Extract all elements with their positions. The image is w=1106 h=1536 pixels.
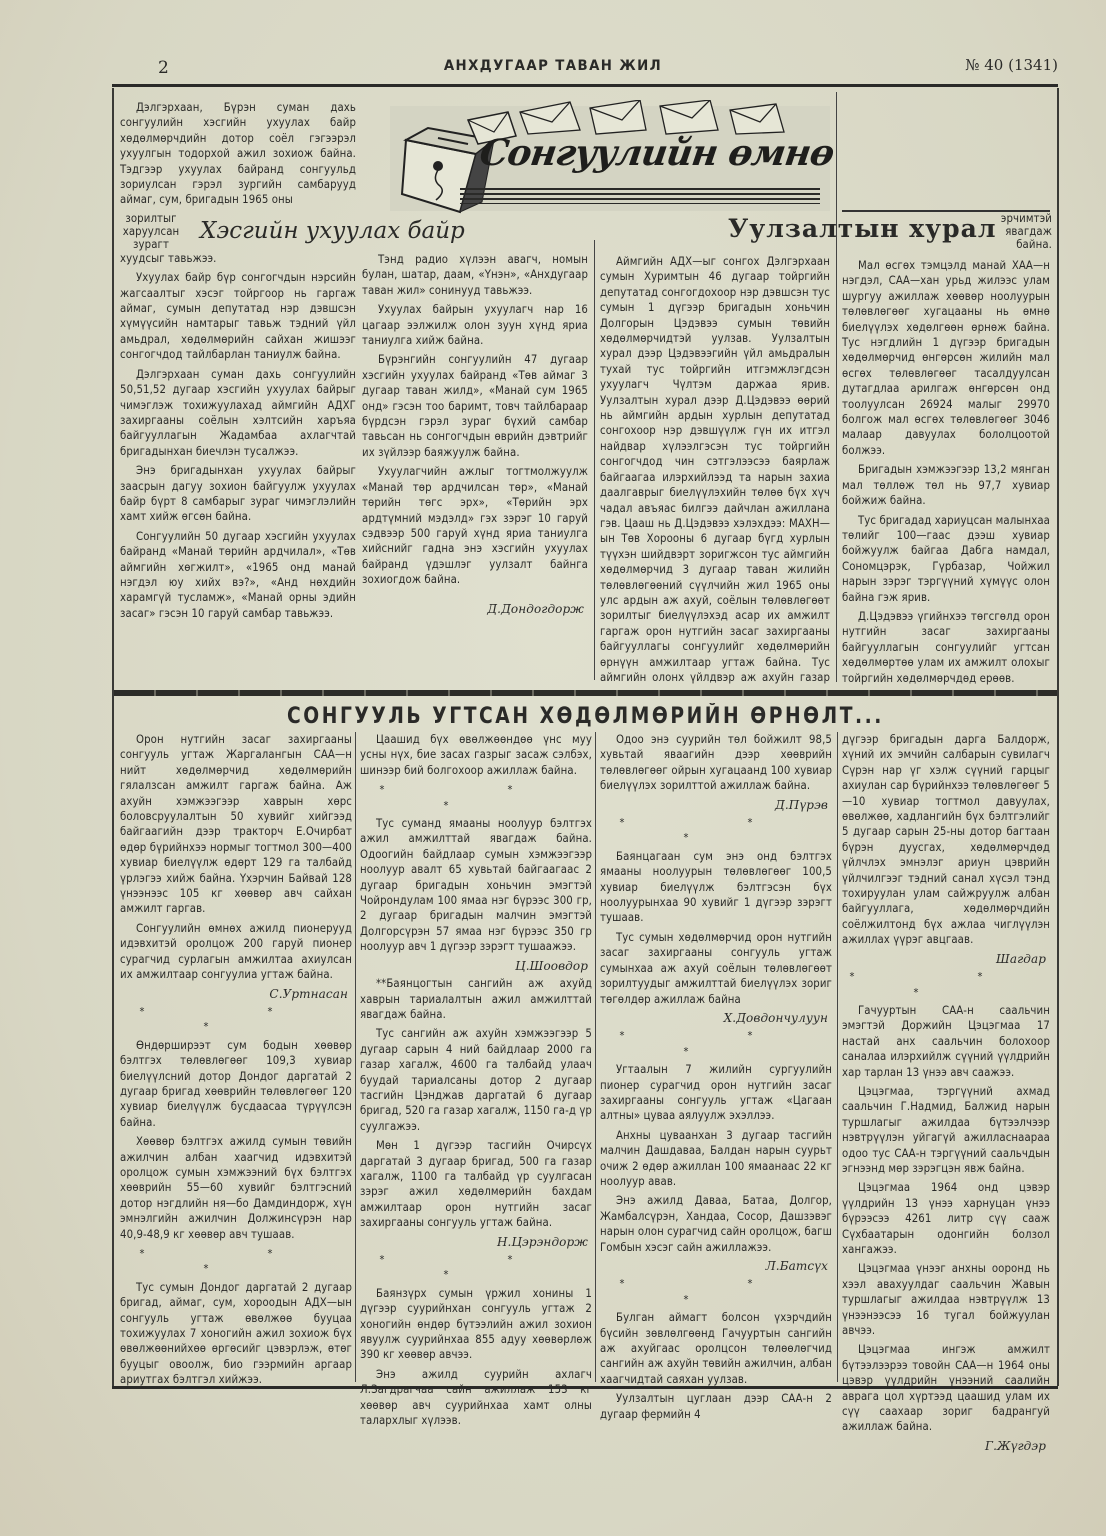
feature-paragraph: Өндөрширээт сум бодын хөөвөр бэлтгэх төл… — [120, 1038, 352, 1130]
byline: Х.Довдончулуун — [600, 1011, 828, 1026]
article-2-paragraph: Тус бригадад хариуцсан малынхаа төлийг 1… — [842, 513, 1050, 605]
asterism-separator: * * * — [600, 1276, 832, 1307]
article-1-paragraph: Ухуулах байрын ухуулагч нар 16 цагаар ээ… — [362, 302, 588, 348]
column-divider — [594, 240, 595, 680]
feature-paragraph: Одоо энэ суурийн төл бойжилт 98,5 хувьта… — [600, 732, 832, 794]
asterism-separator: * * * — [120, 1004, 352, 1035]
banner-title: Сонгуулийн өмнө — [477, 132, 836, 174]
article-2-column-1: Аймгийн АДХ—ыг сонгох Дэлгэрхаан сумын Х… — [600, 254, 830, 684]
article-1-paragraph: Тэнд радио хүлээн авагч, номын булан, ша… — [362, 252, 588, 298]
feature-column-4: дүгээр бригадын дарга Балдорж, хүний их … — [842, 732, 1050, 1456]
asterism-separator: * * * — [600, 815, 832, 846]
article-2-title: Уулзалтын хурал — [728, 214, 996, 243]
article-1-author: Д.Дондогдорж — [362, 602, 584, 617]
column-divider — [355, 732, 356, 1382]
asterism-separator: * * * — [360, 1252, 592, 1283]
byline: Н.Цэрэндорж — [360, 1235, 588, 1250]
article-1-paragraph: Сонгуулийн 50 дугаар хэсгийн ухуулах бай… — [120, 529, 356, 621]
feature-paragraph: Тус сумын хөдөлмөрчид орон нутгийн засаг… — [600, 930, 832, 1007]
feature-paragraph: Тус сангийн аж ахуйн хэмжээгээр 5 дугаар… — [360, 1026, 592, 1134]
article-1-paragraph: Ухуулах байр бүр сонгогчдын нэрсийн жагс… — [120, 270, 356, 362]
frame-left — [112, 88, 114, 1386]
feature-column-2: Цаашид бүх өвөлжөөндөө үнс муу усны нүх,… — [360, 732, 592, 1432]
feature-paragraph: Гачууртын САА-н саальчин эмэгтэй Доржийн… — [842, 1003, 1050, 1080]
column-divider — [836, 92, 837, 682]
article-2-paragraph: Мал өсгөх тэмцэлд манай ХАА—н нэгдэл, СА… — [842, 258, 1050, 458]
envelopes-decoration-icon — [510, 100, 830, 136]
byline: С.Уртнасан — [120, 987, 348, 1002]
feature-paragraph: Тус суманд ямааны ноолуур бэлтгэх ажил а… — [360, 816, 592, 955]
article-1-paragraph: Бүрэнгийн сонгуулийн 47 дугаар хэсгийн у… — [362, 352, 588, 460]
top-rule — [112, 84, 1058, 87]
column-divider — [837, 732, 838, 1382]
feature-paragraph: Угтаалын 7 жилийн сургуулийн пионер сура… — [600, 1062, 832, 1124]
masthead: 2 АНХДУГААР ТАВАН ЖИЛ № 40 (1341) — [0, 54, 1106, 84]
newspaper-name: АНХДУГААР ТАВАН ЖИЛ — [28, 58, 1079, 74]
feature-paragraph: Цэцэгмаа үнээг анхны ооронд нь хээл авах… — [842, 1261, 1050, 1338]
byline: Шагдар — [842, 952, 1046, 967]
article-2-column-2: Мал өсгөх тэмцэлд манай ХАА—н нэгдэл, СА… — [842, 258, 1050, 690]
feature-column-3: Одоо энэ суурийн төл бойжилт 98,5 хувьта… — [600, 732, 832, 1426]
feature-paragraph: Орон нутгийн засаг захиргааны сонгууль у… — [120, 732, 352, 917]
feature-paragraph: Баянцагаан сум энэ онд бэлтгэх ямааны но… — [600, 849, 832, 926]
byline: Л.Батсүх — [600, 1259, 828, 1274]
feature-paragraph: **Баянцогтын сангийн аж ахуйд хаврын тар… — [360, 976, 592, 1022]
feature-paragraph: Сонгуулийн өмнөх ажилд пионерууд идэвхит… — [120, 921, 352, 983]
feature-paragraph: Энэ ажилд суурийн ахлагч Л.Загдрагчаа са… — [360, 1367, 592, 1429]
byline: Ц.Шоовдор — [360, 959, 588, 974]
feature-paragraph: Хөөвөр бэлтгэх ажилд сумын төвийн ажилчи… — [120, 1134, 352, 1242]
article-1-intro: Дэлгэрхаан, Бүрэн суман дахь сонгуулийн … — [120, 100, 356, 208]
article-1-paragraph: Ухуулагчийн ажлыг тогтмолжуулж «Манай тө… — [362, 464, 588, 587]
feature-column-1: Орон нутгийн засаг захиргааны сонгууль у… — [120, 732, 352, 1392]
feature-paragraph: Уулзалтын цуглаан дээр САА-н 2 дугаар фе… — [600, 1391, 832, 1422]
article-1-title: Хэсгийн ухуулах байр — [200, 218, 465, 244]
byline: Г.Жүгдэр — [842, 1439, 1046, 1454]
frame-right — [1057, 88, 1059, 1386]
issue-number: № 40 (1341) — [965, 56, 1058, 74]
election-banner: Сонгуулийн өмнө — [380, 96, 840, 218]
article-2-column-2-top: Аймгийн АДХ—ыг сонгох Дэлгэрхаан сумын Х… — [842, 92, 1050, 208]
feature-paragraph: Мөн 1 дүгээр тасгийн Очирсүх даргатай 3 … — [360, 1138, 592, 1230]
feature-paragraph: Цэцэгмаа, тэргүүний ахмад саальчин Г.Над… — [842, 1084, 1050, 1176]
asterism-separator: * * * — [120, 1246, 352, 1277]
article-1-column-1: Дэлгэрхаан, Бүрэн суман дахь сонгуулийн … — [120, 100, 356, 625]
feature-paragraph: дүгээр бригадын дарга Балдорж, хүний их … — [842, 732, 1050, 948]
asterism-separator: * * * — [842, 969, 1050, 1000]
feature-paragraph: Цэцэгмаа 1964 онд цэвэр үүлдрийн 13 үнээ… — [842, 1180, 1050, 1257]
article-1-paragraph: Энэ бригадынхан ухуулах байрыг заасрын д… — [120, 463, 356, 525]
feature-paragraph: Энэ ажилд Даваа, Батаа, Долгор, Жамбалсү… — [600, 1193, 832, 1255]
article-1-p1-end: хуудсыг тавьжээ. — [120, 251, 356, 266]
article-1-column-2: Тэнд радио хүлээн авагч, номын булан, ша… — [362, 252, 588, 619]
feature-paragraph: Цаашид бүх өвөлжөөндөө үнс муу усны нүх,… — [360, 732, 592, 778]
article-1-wrap-text: зорилтыг харуулсан зурагт — [120, 212, 182, 251]
asterism-separator: * * * — [360, 782, 592, 813]
feature-paragraph: Анхны цуваанхан 3 дугаар тасгийн малчин … — [600, 1128, 832, 1190]
column-divider — [595, 732, 596, 1382]
article-2-wrap-text: эрчимтэй явагдаж байна. — [990, 212, 1052, 251]
article-1-paragraph: Дэлгэрхаан суман дахь сонгуулийн 50,51,5… — [120, 367, 356, 459]
feature-paragraph: Тус сумын Дондог даргатай 2 дугаар брига… — [120, 1280, 352, 1388]
feature-title: СОНГУУЛЬ УГТСАН ХӨДӨЛМӨРИЙН ӨРНӨЛТ... — [185, 704, 987, 729]
banner-lines — [460, 188, 820, 204]
feature-paragraph: Цэцэгмаа ингэж амжилт бүтээлээрээ товойн… — [842, 1342, 1050, 1434]
article-2-paragraph: Аймгийн АДХ—ыг сонгох Дэлгэрхаан сумын Х… — [600, 254, 830, 684]
article-2-paragraph: Д.Цэдэвээ үгийнхээ төгсгөлд орон нутгийн… — [842, 609, 1050, 686]
asterism-separator: * * * — [600, 1028, 832, 1059]
article-2-paragraph: Бригадын хэмжээгээр 13,2 мянган мал төлл… — [842, 462, 1050, 508]
byline: Д.Пүрэв — [600, 798, 828, 813]
feature-paragraph: Булган аймагт болсон үхэрчдийн бүсийн зө… — [600, 1310, 832, 1387]
feature-paragraph: Баянзүрх сумын үржил хонины 1 дүгээр суу… — [360, 1286, 592, 1363]
section-divider — [114, 690, 1057, 696]
